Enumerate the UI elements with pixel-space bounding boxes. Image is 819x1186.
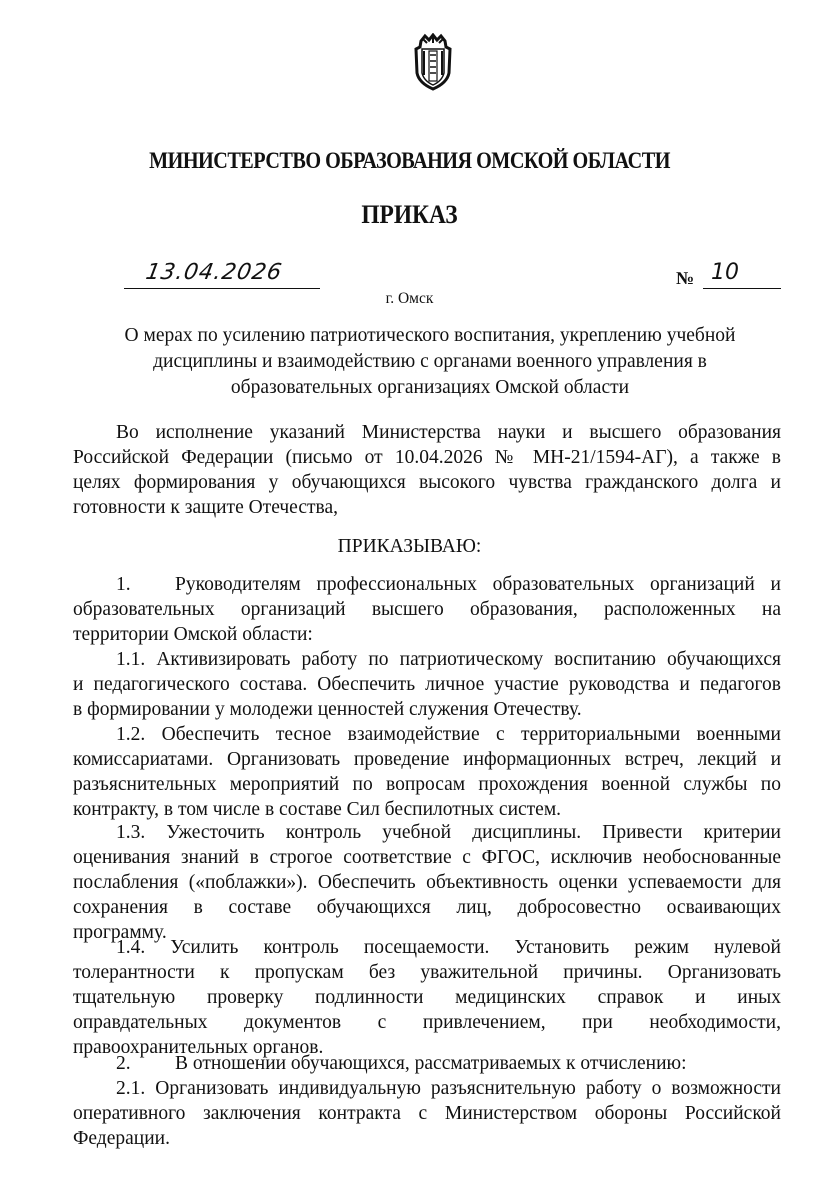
item-number: 2. [73,1051,175,1076]
order-document-page: МИНИСТЕРСТВО ОБРАЗОВАНИЯ ОМСКОЙ ОБЛАСТИ … [0,0,819,1186]
item-line: Федерации. [73,1126,781,1151]
item-line: комиссариатами. Организовать проведение … [73,747,781,772]
preamble-line: Во исполнение указаний Министерства наук… [73,420,781,445]
item-line: 1.3. Ужесточить контроль учебной дисципл… [73,820,781,845]
item-first-line: 2. В отношении обучающихся, рассматривае… [73,1051,781,1076]
order-item-1-2: 1.2. Обеспечить тесное взаимодействие с … [73,722,781,822]
order-item-1-4: 1.4. Усилить контроль посещаемости. Уста… [73,935,781,1060]
item-line: оправдательных документов с привлечением… [73,1010,781,1035]
order-item-2: 2. В отношении обучающихся, рассматривае… [73,1051,781,1076]
order-number-label: № [676,268,694,289]
item-line: территории Омской области: [73,622,781,647]
item-line: разъяснительных мероприятий по вопросам … [73,772,781,797]
item-line: образовательных организаций высшего обра… [73,597,781,622]
item-line: 1.4. Усилить контроль посещаемости. Уста… [73,935,781,960]
order-item-1: 1. Руководителям профессиональных образо… [73,572,781,647]
item-line: контракту, в том числе в составе Сил бес… [73,797,781,822]
order-date-field: 13.04.2026 [124,266,320,289]
item-line: послабления («поблажки»). Обеспечить объ… [73,870,781,895]
subject-line: дисциплины и взаимодействию с органами в… [90,349,770,375]
item-line: в формировании у молодежи ценностей служ… [73,697,781,722]
item-line: толерантности к пропускам без уважительн… [73,960,781,985]
order-item-2-1: 2.1. Организовать индивидуальную разъясн… [73,1076,781,1151]
item-line: оценивания знаний в строгое соответствие… [73,845,781,870]
item-line: тщательную проверку подлинности медицинс… [73,985,781,1010]
order-number-handwritten: 10 [711,260,739,285]
item-line: оперативного заключения контракта с Мини… [73,1101,781,1126]
subject-line: О мерах по усилению патриотического восп… [90,323,770,349]
document-type-title: ПРИКАЗ [41,200,778,230]
item-line: Руководителям профессиональных образоват… [175,572,781,597]
ministry-name: МИНИСТЕРСТВО ОБРАЗОВАНИЯ ОМСКОЙ ОБЛАСТИ [57,148,761,175]
order-date-handwritten: 13.04.2026 [144,260,284,285]
issue-city: г. Омск [0,290,819,308]
item-line: и педагогического состава. Обеспечить ли… [73,672,781,697]
preamble-line: Российской Федерации (письмо от 10.04.20… [73,445,781,470]
order-item-1-1: 1.1. Активизировать работу по патриотиче… [73,647,781,722]
preamble-line: готовности к защите Отечества, [73,495,781,520]
preamble-line: целях формирования у обучающихся высоког… [73,470,781,495]
item-line: 1.2. Обеспечить тесное взаимодействие с … [73,722,781,747]
item-line: 1.1. Активизировать работу по патриотиче… [73,647,781,672]
item-number: 1. [73,572,175,597]
decree-word: ПРИКАЗЫВАЮ: [0,536,819,558]
subject-line: образовательных организациях Омской обла… [90,375,770,401]
item-line: В отношении обучающихся, рассматриваемых… [175,1051,687,1076]
preamble: Во исполнение указаний Министерства наук… [73,420,781,520]
item-first-line: 1. Руководителям профессиональных образо… [73,572,781,597]
coat-of-arms-icon [413,33,453,91]
item-line: сохранения в составе обучающихся лиц, до… [73,895,781,920]
item-line: 2.1. Организовать индивидуальную разъясн… [73,1076,781,1101]
order-subject: О мерах по усилению патриотического восп… [90,323,770,401]
order-item-1-3: 1.3. Ужесточить контроль учебной дисципл… [73,820,781,945]
order-number-field: 10 [703,266,781,289]
